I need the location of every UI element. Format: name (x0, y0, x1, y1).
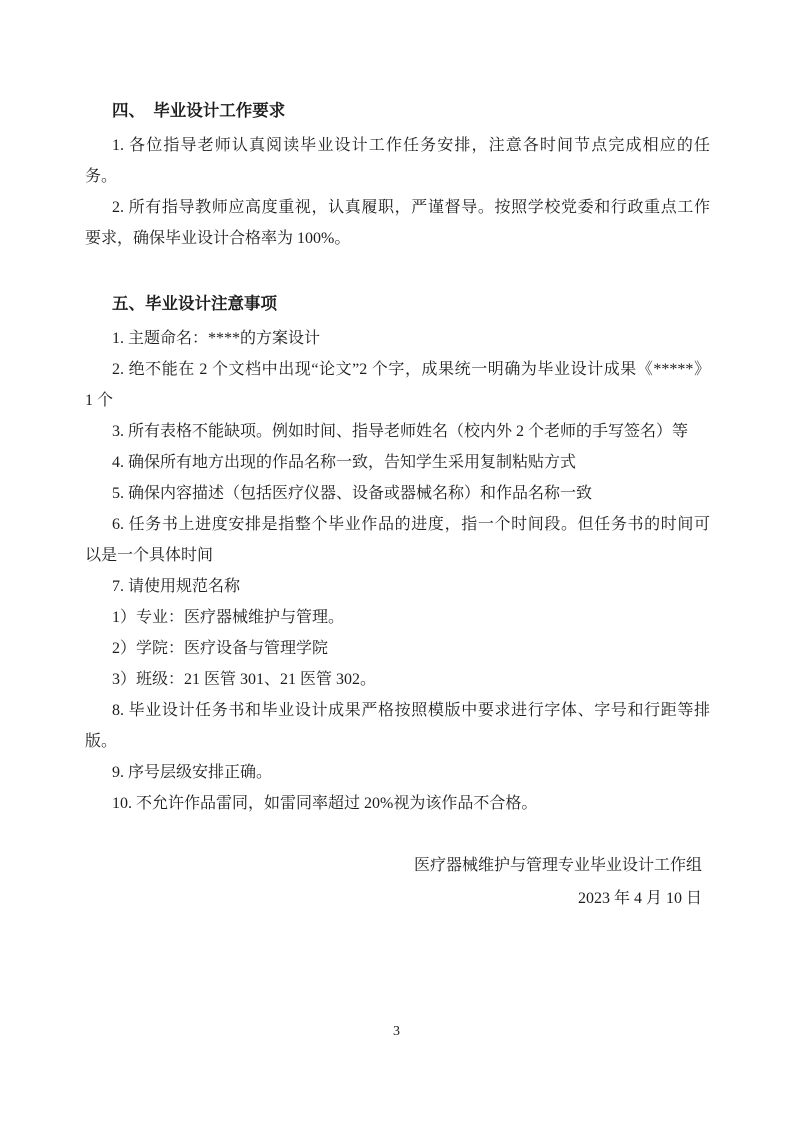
paragraph-line: 2. 所有指导教师应高度重视，认真履职，严谨督导。按照学校党委和行政重点工作 (85, 192, 710, 223)
paragraph-line: 务。 (85, 161, 710, 192)
paragraph-line: 9. 序号层级安排正确。 (85, 757, 710, 788)
paragraph: 1. 主题命名：****的方案设计 (85, 323, 710, 354)
document-page: 四、 毕业设计工作要求1. 各位指导老师认真阅读毕业设计工作任务安排，注意各时间… (0, 0, 793, 1122)
paragraph-line: 1. 各位指导老师认真阅读毕业设计工作任务安排，注意各时间节点完成相应的任 (85, 130, 710, 161)
page-number: 3 (393, 1024, 400, 1039)
paragraph-line: 1 个 (85, 385, 710, 416)
paragraph-line: 2）学院：医疗设备与管理学院 (85, 633, 710, 664)
paragraph: 3）班级：21 医管 301、21 医管 302。 (85, 664, 710, 695)
paragraph-line: 8. 毕业设计任务书和毕业设计成果严格按照模版中要求进行字体、字号和行距等排 (85, 695, 710, 726)
page-footer: 3 (0, 1022, 793, 1040)
signature-date: 2023 年 4 月 10 日 (85, 882, 702, 915)
paragraph: 5. 确保内容描述（包括医疗仪器、设备或器械名称）和作品名称一致 (85, 478, 710, 509)
paragraph: 6. 任务书上进度安排是指整个毕业作品的进度，指一个时间段。但任务书的时间可以是… (85, 509, 710, 571)
paragraph-line: 1. 主题命名：****的方案设计 (85, 323, 710, 354)
paragraph-line: 要求，确保毕业设计合格率为 100%。 (85, 223, 710, 254)
section-heading: 四、 毕业设计工作要求 (85, 95, 710, 126)
paragraph-line: 以是一个具体时间 (85, 540, 710, 571)
paragraph: 4. 确保所有地方出现的作品名称一致，告知学生采用复制粘贴方式 (85, 447, 710, 478)
paragraph-line: 2. 绝不能在 2 个文档中出现“论文”2 个字，成果统一明确为毕业设计成果《*… (85, 354, 710, 385)
paragraph-line: 6. 任务书上进度安排是指整个毕业作品的进度，指一个时间段。但任务书的时间可 (85, 509, 710, 540)
paragraph-line: 5. 确保内容描述（包括医疗仪器、设备或器械名称）和作品名称一致 (85, 478, 710, 509)
paragraph: 2. 所有指导教师应高度重视，认真履职，严谨督导。按照学校党委和行政重点工作要求… (85, 192, 710, 254)
paragraph-line: 1）专业：医疗器械维护与管理。 (85, 602, 710, 633)
section-heading: 五、毕业设计注意事项 (85, 288, 710, 319)
paragraph: 1. 各位指导老师认真阅读毕业设计工作任务安排，注意各时间节点完成相应的任务。 (85, 130, 710, 192)
paragraph-line: 10. 不允许作品雷同，如雷同率超过 20%视为该作品不合格。 (85, 788, 710, 819)
paragraph: 7. 请使用规范名称 (85, 571, 710, 602)
paragraph: 2）学院：医疗设备与管理学院 (85, 633, 710, 664)
paragraph: 1）专业：医疗器械维护与管理。 (85, 602, 710, 633)
signature-block: 医疗器械维护与管理专业毕业设计工作组2023 年 4 月 10 日 (85, 849, 710, 915)
document-body: 四、 毕业设计工作要求1. 各位指导老师认真阅读毕业设计工作任务安排，注意各时间… (85, 95, 710, 915)
paragraph: 10. 不允许作品雷同，如雷同率超过 20%视为该作品不合格。 (85, 788, 710, 819)
signature-line: 医疗器械维护与管理专业毕业设计工作组 (85, 849, 702, 882)
paragraph-line: 3）班级：21 医管 301、21 医管 302。 (85, 664, 710, 695)
paragraph: 2. 绝不能在 2 个文档中出现“论文”2 个字，成果统一明确为毕业设计成果《*… (85, 354, 710, 416)
paragraph-line: 7. 请使用规范名称 (85, 571, 710, 602)
paragraph: 9. 序号层级安排正确。 (85, 757, 710, 788)
paragraph-line: 版。 (85, 726, 710, 757)
paragraph-line: 3. 所有表格不能缺项。例如时间、指导老师姓名（校内外 2 个老师的手写签名）等 (85, 416, 710, 447)
paragraph: 3. 所有表格不能缺项。例如时间、指导老师姓名（校内外 2 个老师的手写签名）等 (85, 416, 710, 447)
paragraph-line: 4. 确保所有地方出现的作品名称一致，告知学生采用复制粘贴方式 (85, 447, 710, 478)
paragraph: 8. 毕业设计任务书和毕业设计成果严格按照模版中要求进行字体、字号和行距等排版。 (85, 695, 710, 757)
